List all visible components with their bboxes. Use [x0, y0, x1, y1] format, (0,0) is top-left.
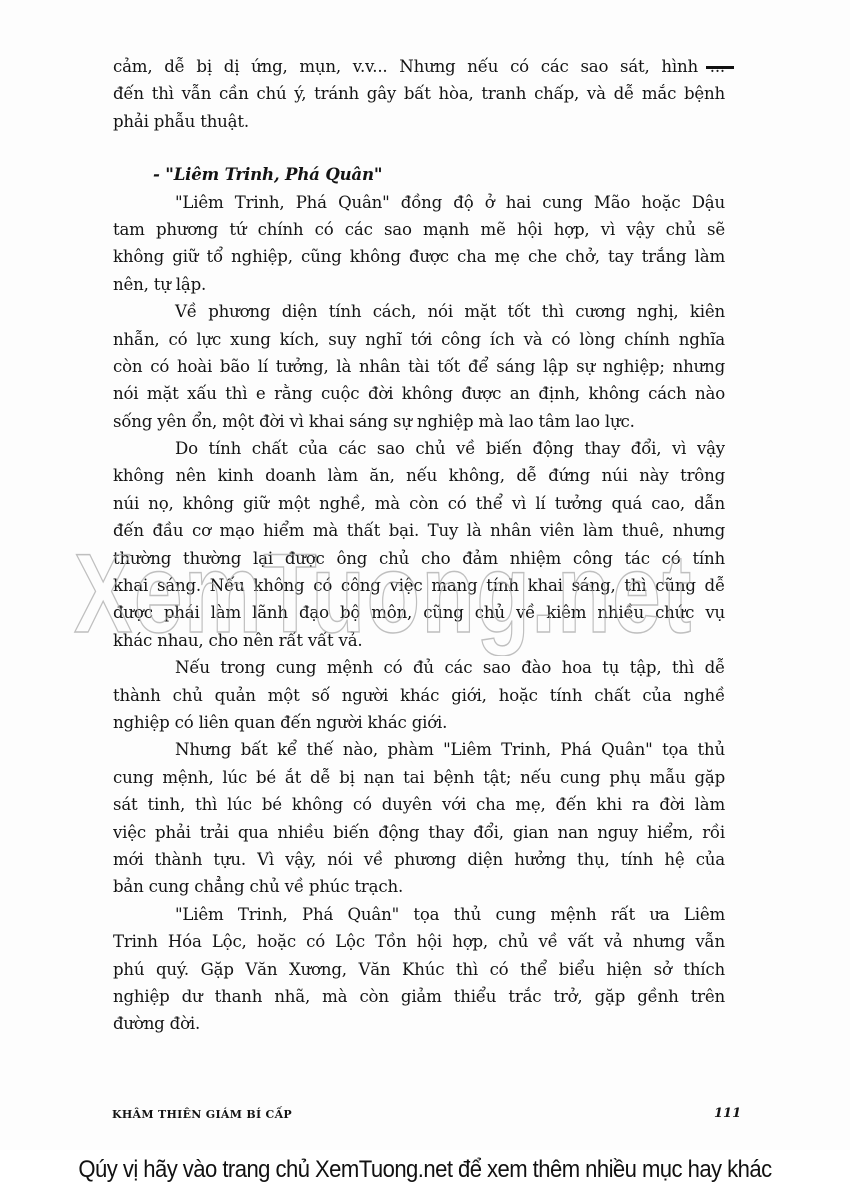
text-line: sống yên ổn, một đời vì khai sáng sự ngh…: [113, 408, 725, 435]
running-footer-title: KHÂM THIÊN GIÁM BÍ CẤP: [112, 1108, 292, 1121]
text-line: nghiệp có liên quan đến người khác giới.: [113, 709, 725, 736]
text-line: Do tính chất của các sao chủ về biến độn…: [113, 435, 725, 462]
text-line: Nếu trong cung mệnh có đủ các sao đào ho…: [113, 654, 725, 681]
watermark: XemTuong.net: [74, 538, 693, 650]
paragraph: Về phương diện tính cách, nói mặt tốt th…: [113, 298, 725, 435]
text-line: nói mặt xấu thì e rằng cuộc đời không đư…: [113, 380, 725, 407]
text-line: cảm, dễ bị dị ứng, mụn, v.v... Nhưng nếu…: [113, 53, 725, 80]
text-line: "Liêm Trinh, Phá Quân" đồng độ ở hai cun…: [113, 189, 725, 216]
text-line: không nên kinh doanh làm ăn, nếu không, …: [113, 462, 725, 489]
section-heading: - "Liêm Trinh, Phá Quân": [113, 161, 725, 188]
text-line: thành chủ quản một số người khác giới, h…: [113, 682, 725, 709]
text-line: việc phải trải qua nhiều biến động thay …: [113, 819, 725, 846]
text-line: phú quý. Gặp Văn Xương, Văn Khúc thì có …: [113, 956, 725, 983]
text-line: không giữ tổ nghiệp, cũng không được cha…: [113, 243, 725, 270]
text-line: phải phẫu thuật.: [113, 108, 725, 135]
text-line: còn có hoài bão lí tưởng, là nhân tài tố…: [113, 353, 725, 380]
site-caption: Qúy vị hãy vào trang chủ XemTuong.net để…: [34, 1156, 816, 1184]
paragraph: Nhưng bất kể thế nào, phàm "Liêm Trinh, …: [113, 736, 725, 900]
text-line: nên, tự lập.: [113, 271, 725, 298]
paragraph: "Liêm Trinh, Phá Quân" tọa thủ cung mệnh…: [113, 901, 725, 1038]
text-line: đường đời.: [113, 1010, 725, 1037]
text-line: "Liêm Trinh, Phá Quân" tọa thủ cung mệnh…: [113, 901, 725, 928]
text-line: bản cung chẳng chủ về phúc trạch.: [113, 873, 725, 900]
text-line: tam phương tứ chính có các sao mạnh mẽ h…: [113, 216, 725, 243]
text-line: cung mệnh, lúc bé ắt dễ bị nạn tai bệnh …: [113, 764, 725, 791]
text-line: Trinh Hóa Lộc, hoặc có Lộc Tồn hội hợp, …: [113, 928, 725, 955]
text-line: Nhưng bất kể thế nào, phàm "Liêm Trinh, …: [113, 736, 725, 763]
text-line: Về phương diện tính cách, nói mặt tốt th…: [113, 298, 725, 325]
scanned-book-page: cảm, dễ bị dị ứng, mụn, v.v... Nhưng nếu…: [0, 0, 850, 1150]
text-line: nhẫn, có lực xung kích, suy nghĩ tới côn…: [113, 326, 725, 353]
paragraph: "Liêm Trinh, Phá Quân" đồng độ ở hai cun…: [113, 189, 725, 299]
text-line: nghiệp dư thanh nhã, mà còn giảm thiểu t…: [113, 983, 725, 1010]
paragraph: Nếu trong cung mệnh có đủ các sao đào ho…: [113, 654, 725, 736]
text-line: núi nọ, không giữ một nghề, mà còn có th…: [113, 490, 725, 517]
text-line: mới thành tựu. Vì vậy, nói về phương diệ…: [113, 846, 725, 873]
page-number: 111: [714, 1106, 741, 1121]
text-line: đến thì vẫn cần chú ý, tránh gây bất hòa…: [113, 80, 725, 107]
text-line: sát tinh, thì lúc bé không có duyên với …: [113, 791, 725, 818]
